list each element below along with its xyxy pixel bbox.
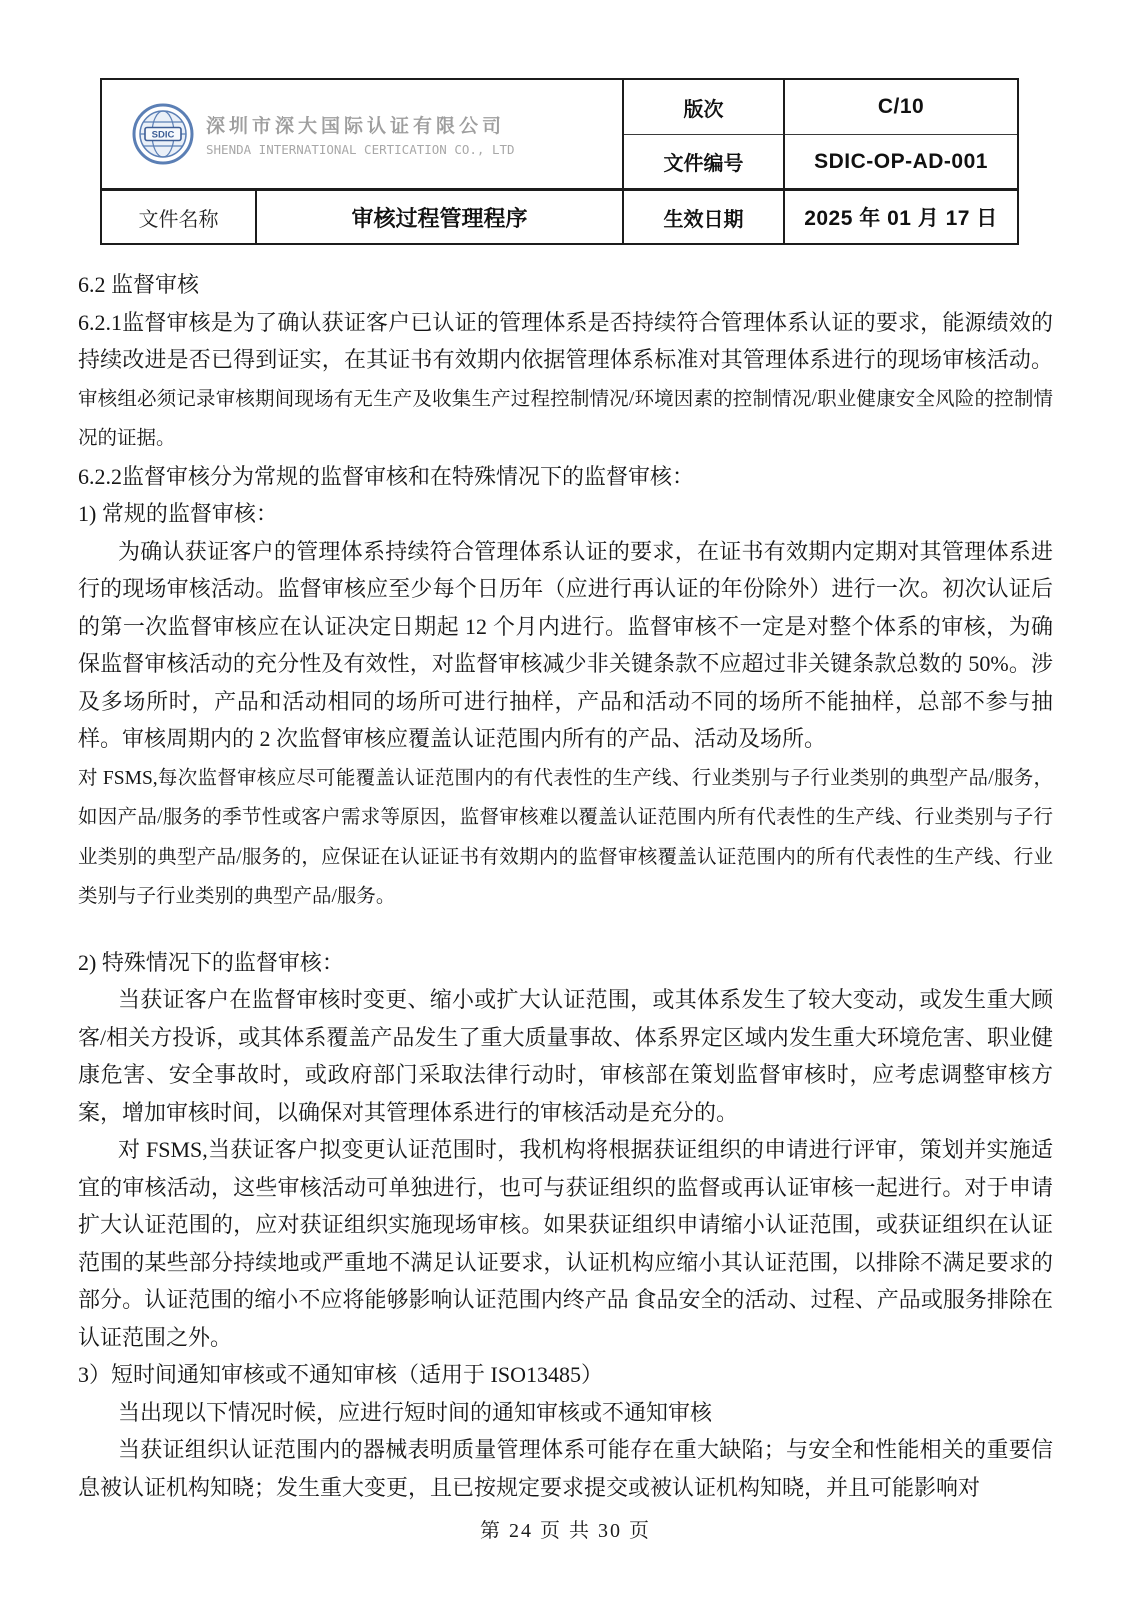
text-segment: 当出现以下情况时候，应进行短时间的通知审核或不通知审核 <box>118 1400 712 1425</box>
text-segment: 为确认获证客户的管理体系持续符合管理体系认证的要求，在证书有效期内定期对其管理体… <box>78 539 1053 752</box>
text-segment: 审核组必须记录审核期间现场有无生产及收集生产过程控制情况/环境因素的控制情况/职… <box>78 389 1053 450</box>
item-2-special-surveillance: 2) 特殊情况下的监督审核： <box>78 944 1053 982</box>
company-name-en: SHENDA INTERNATIONAL CERTICATION CO., LT… <box>206 142 515 157</box>
company-name-block: 深圳市深大国际认证有限公司 SHENDA INTERNATIONAL CERTI… <box>206 111 515 157</box>
text-segment: 3）短时间通知审核或不通知审核（适用于 ISO13485） <box>78 1362 603 1387</box>
version-label: 版次 <box>624 80 785 135</box>
page-footer: 第 24 页 共 30 页 <box>0 1513 1131 1550</box>
document-page: { "colors": { "logo_blue": "#5b7fb5", "l… <box>0 0 1131 1600</box>
doc-number-label: 文件编号 <box>624 135 785 191</box>
text-segment: 对 FSMS,当获证客户拟变更认证范围时，我机构将根据获证组织的申请进行评审，策… <box>78 1137 1053 1350</box>
text-segment: 当获证组织认证范围内的器械表明质量管理体系可能存在重大缺陷；与安全和性能相关的重… <box>78 1437 1053 1500</box>
para-short-notice-intro: 当出现以下情况时候，应进行短时间的通知审核或不通知审核 <box>78 1394 1053 1432</box>
doc-name-label: 文件名称 <box>102 191 257 243</box>
para-fsms-surveillance-note: 对 FSMS,每次监督审核应尽可能覆盖认证范围内的有代表性的生产线、行业类别与子… <box>78 758 1053 916</box>
text-segment: 当获证客户在监督审核时变更、缩小或扩大认证范围，或其体系发生了较大变动，或发生重… <box>78 987 1053 1125</box>
doc-name-value: 审核过程管理程序 <box>257 191 624 243</box>
logo-text: SDIC <box>152 130 175 141</box>
para-6-2-1: 6.2.1监督审核是为了确认获证客户已认证的管理体系是否持续符合管理体系认证的要… <box>78 304 1053 458</box>
para-fsms-scope-change: 对 FSMS,当获证客户拟变更认证范围时，我机构将根据获证组织的申请进行评审，策… <box>78 1131 1053 1356</box>
company-name-cn: 深圳市深大国际认证有限公司 <box>206 111 515 138</box>
company-logo-icon: SDIC <box>132 95 194 173</box>
para-6-2-2: 6.2.2监督审核分为常规的监督审核和在特殊情况下的监督审核： <box>78 458 1053 496</box>
section-6-2-heading: 6.2 监督审核 <box>78 266 1053 304</box>
effective-date-value: 2025 年 01 月 17 日 <box>785 191 1017 243</box>
text-segment: 6.2 监督审核 <box>78 272 199 297</box>
company-header-cell: SDIC 深圳市深大国际认证有限公司 SHENDA INTERNATIONAL … <box>102 80 624 191</box>
para-special-surveillance-detail: 当获证客户在监督审核时变更、缩小或扩大认证范围，或其体系发生了较大变动，或发生重… <box>78 981 1053 1131</box>
text-segment: 6.2.1监督审核是为了确认获证客户已认证的管理体系是否持续符合管理体系认证的要… <box>78 310 1053 373</box>
text-segment: 2) 特殊情况下的监督审核： <box>78 950 344 975</box>
para-short-notice-conditions: 当获证组织认证范围内的器械表明质量管理体系可能存在重大缺陷；与安全和性能相关的重… <box>78 1431 1053 1506</box>
text-segment: 6.2.2监督审核分为常规的监督审核和在特殊情况下的监督审核： <box>78 464 694 489</box>
doc-number-value: SDIC-OP-AD-001 <box>785 135 1017 191</box>
effective-date-label: 生效日期 <box>624 191 785 243</box>
version-value: C/10 <box>785 80 1017 135</box>
item-3-short-notice-audit: 3）短时间通知审核或不通知审核（适用于 ISO13485） <box>78 1356 1053 1394</box>
text-segment: 对 FSMS,每次监督审核应尽可能覆盖认证范围内的有代表性的生产线、行业类别与子… <box>78 768 1053 908</box>
text-segment: 1) 常规的监督审核： <box>78 501 278 526</box>
para-regular-surveillance-detail: 为确认获证客户的管理体系持续符合管理体系认证的要求，在证书有效期内定期对其管理体… <box>78 533 1053 758</box>
item-1-regular-surveillance: 1) 常规的监督审核： <box>78 495 1053 533</box>
document-body: 6.2 监督审核6.2.1监督审核是为了确认获证客户已认证的管理体系是否持续符合… <box>78 266 1053 1506</box>
document-header-table: SDIC 深圳市深大国际认证有限公司 SHENDA INTERNATIONAL … <box>100 78 1019 245</box>
